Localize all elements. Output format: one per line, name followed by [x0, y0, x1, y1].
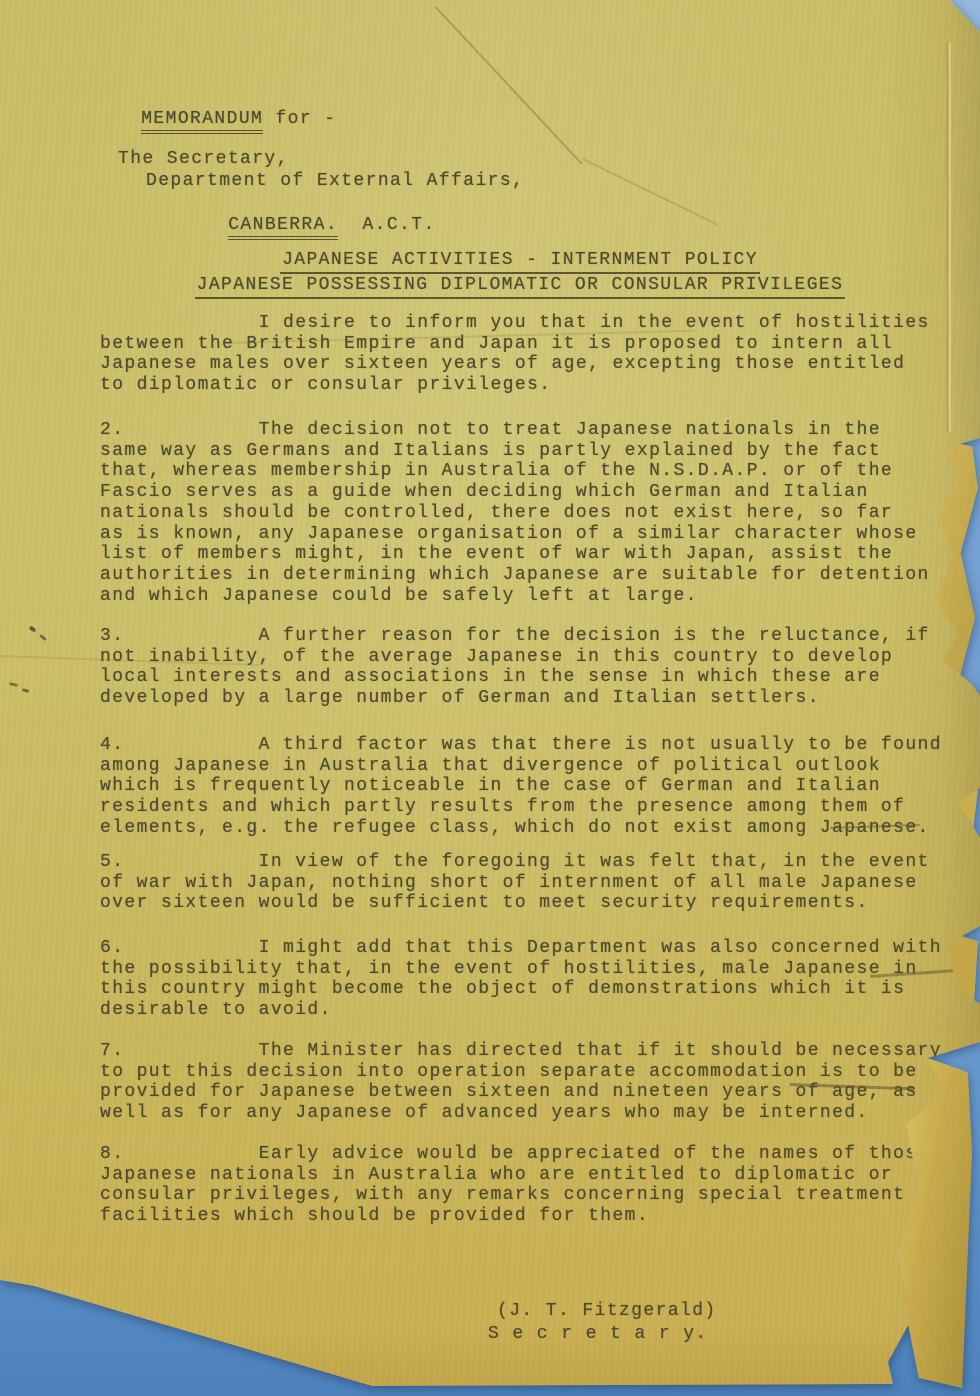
addressee-territory: A.C.T.: [338, 215, 436, 235]
addressee-city: CANBERRA.: [228, 215, 338, 240]
scanned-paper: MEMORANDUM for - The Secretary, Departme…: [0, 0, 980, 1396]
crease-line: [582, 158, 717, 225]
subject-title-line1: JAPANESE ACTIVITIES - INTERNMENT POLICY: [280, 249, 760, 274]
signature-title: S e c r e t a r y.: [488, 1324, 708, 1345]
ink-speck: [22, 688, 30, 693]
crease-line: [435, 6, 583, 165]
addressee-department: Department of External Affairs,: [146, 171, 524, 192]
fold-edge-line: [946, 42, 948, 432]
memo-scan-page: { "colors": { "paper": "#cabd62", "backg…: [0, 0, 980, 1396]
memo-label: MEMORANDUM: [141, 109, 263, 134]
ink-speck: [39, 634, 47, 641]
memo-suffix: for -: [263, 109, 336, 129]
ink-speck: [9, 682, 18, 687]
paragraph-intro: I desire to inform you that in the event…: [100, 313, 930, 396]
fold-edge-highlight: [949, 42, 951, 432]
memo-header: MEMORANDUM for -: [68, 88, 336, 150]
addressee-name: The Secretary,: [118, 149, 289, 170]
signature-name: (J. T. Fitzgerald): [497, 1301, 717, 1322]
paragraph-8: 8. Early advice would be appreciated of …: [100, 1144, 942, 1227]
paragraph-7: 7. The Minister has directed that if it …: [100, 1041, 942, 1124]
ink-speck: [28, 625, 36, 632]
addressee-location: CANBERRA. A.C.T.: [155, 194, 436, 256]
paragraph-4: 4. A third factor was that there is not …: [100, 735, 942, 839]
memo-sheet: MEMORANDUM for - The Secretary, Departme…: [0, 0, 980, 1396]
paragraph-2: 2. The decision not to treat Japanese na…: [100, 420, 930, 606]
paragraph-3: 3. A further reason for the decision is …: [100, 626, 930, 709]
paragraph-6: 6. I might add that this Department was …: [100, 938, 942, 1021]
subject-title: JAPANESE ACTIVITIES - INTERNMENT POLICY …: [70, 249, 970, 299]
paragraph-5: 5. In view of the foregoing it was felt …: [100, 852, 930, 914]
subject-title-line2: JAPANESE POSSESSING DIPLOMATIC OR CONSUL…: [195, 274, 846, 299]
